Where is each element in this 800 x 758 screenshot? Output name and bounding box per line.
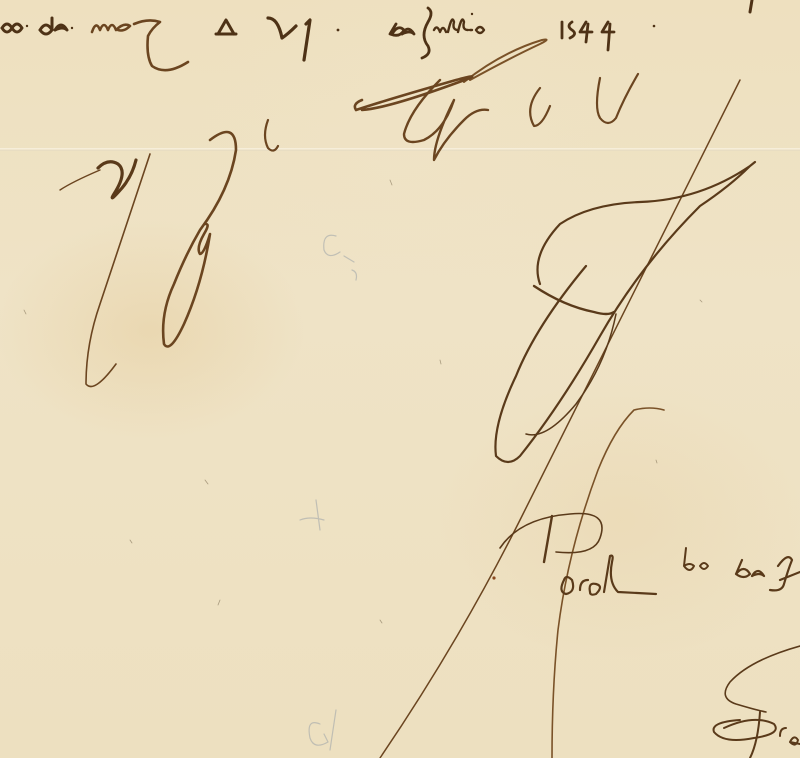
- manuscript-page: …oo de mez a vj de Jullio 1544 1544 Yo e…: [0, 0, 800, 758]
- date-line-right: [390, 8, 655, 82]
- bottom-fragment-gra: [714, 646, 800, 758]
- signature-yo-el-rey: [60, 74, 740, 758]
- rubric-flourish: [495, 162, 755, 462]
- descender-stroke: [552, 408, 664, 758]
- paper-speckles: [24, 180, 702, 623]
- pencil-marks: [300, 235, 357, 750]
- secretary-note: [492, 514, 800, 595]
- stray-stroke: [750, 0, 752, 12]
- manuscript-ink-layer: [0, 0, 800, 758]
- date-line: [2, 18, 339, 70]
